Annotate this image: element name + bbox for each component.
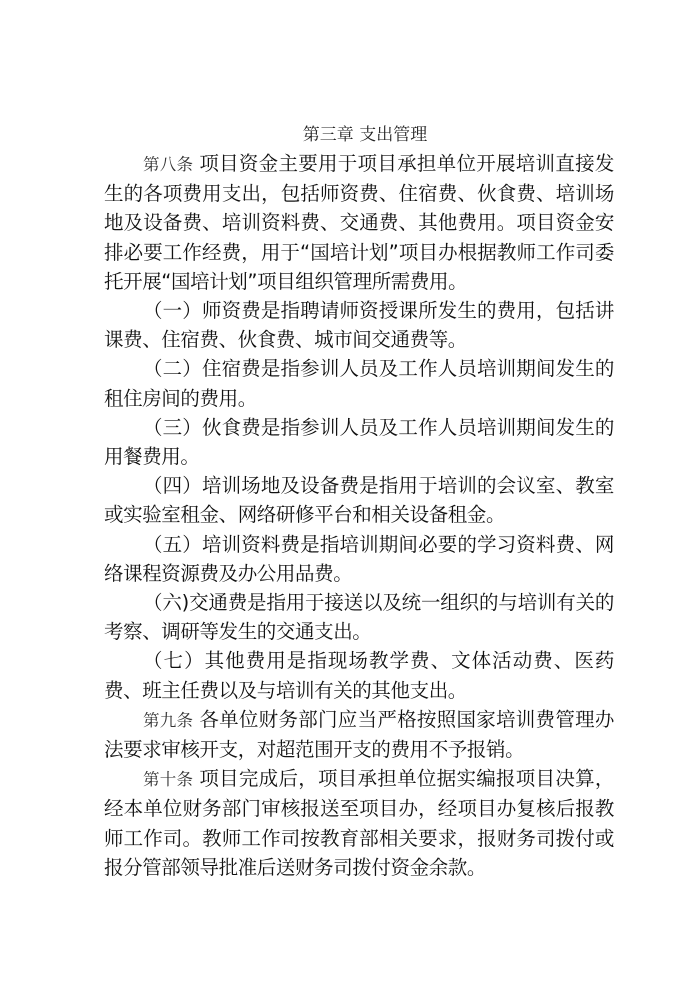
article-9: 第九条各单位财务部门应当严格按照国家培训费管理办法要求审核开支，对超范围开支的费… [104, 705, 614, 764]
item-6: （六)交通费是指用于接送以及统一组织的与培训有关的考察、调研等发生的交通支出。 [104, 588, 614, 646]
article-number: 第九条 [143, 711, 193, 730]
article-number: 第十条 [143, 770, 193, 789]
item-2: （二）住宿费是指参训人员及工作人员培训期间发生的租住房间的费用。 [104, 354, 614, 412]
document-page: 第三章 支出管理 第八条项目资金主要用于项目承担单位开展培训直接发生的各项费用支… [104, 122, 614, 882]
item-text: （四）培训场地及设备费是指用于培训的会议室、教室或实验室租金、网络研修平台和相关… [104, 474, 614, 526]
article-number: 第八条 [143, 155, 193, 174]
item-text: （二）住宿费是指参训人员及工作人员培训期间发生的租住房间的费用。 [104, 357, 614, 409]
item-3: （三）伙食费是指参训人员及工作人员培训期间发生的用餐费用。 [104, 413, 614, 471]
article-10: 第十条项目完成后，项目承担单位据实编报项目决算，经本单位财务部门审核报送至项目办… [104, 764, 614, 882]
item-1: （一）师资费是指聘请师资授课所发生的费用，包括讲课费、住宿费、伙食费、城市间交通… [104, 296, 614, 354]
item-text: （五）培训资料费是指培训期间必要的学习资料费、网络课程资源费及办公用品费。 [104, 533, 614, 585]
item-4: （四）培训场地及设备费是指用于培训的会议室、教室或实验室租金、网络研修平台和相关… [104, 471, 614, 529]
item-text: （三）伙食费是指参训人员及工作人员培训期间发生的用餐费用。 [104, 416, 614, 468]
item-5: （五）培训资料费是指培训期间必要的学习资料费、网络课程资源费及办公用品费。 [104, 530, 614, 588]
item-text: （六)交通费是指用于接送以及统一组织的与培训有关的考察、调研等发生的交通支出。 [104, 591, 614, 643]
article-8: 第八条项目资金主要用于项目承担单位开展培训直接发生的各项费用支出，包括师资费、住… [104, 149, 614, 296]
item-7: （七）其他费用是指现场教学费、文体活动费、医药费、班主任费以及与培训有关的其他支… [104, 646, 614, 704]
item-text: （七）其他费用是指现场教学费、文体活动费、医药费、班主任费以及与培训有关的其他支… [104, 649, 614, 701]
chapter-title: 第三章 支出管理 [104, 122, 614, 149]
item-text: （一）师资费是指聘请师资授课所发生的费用，包括讲课费、住宿费、伙食费、城市间交通… [104, 299, 614, 351]
